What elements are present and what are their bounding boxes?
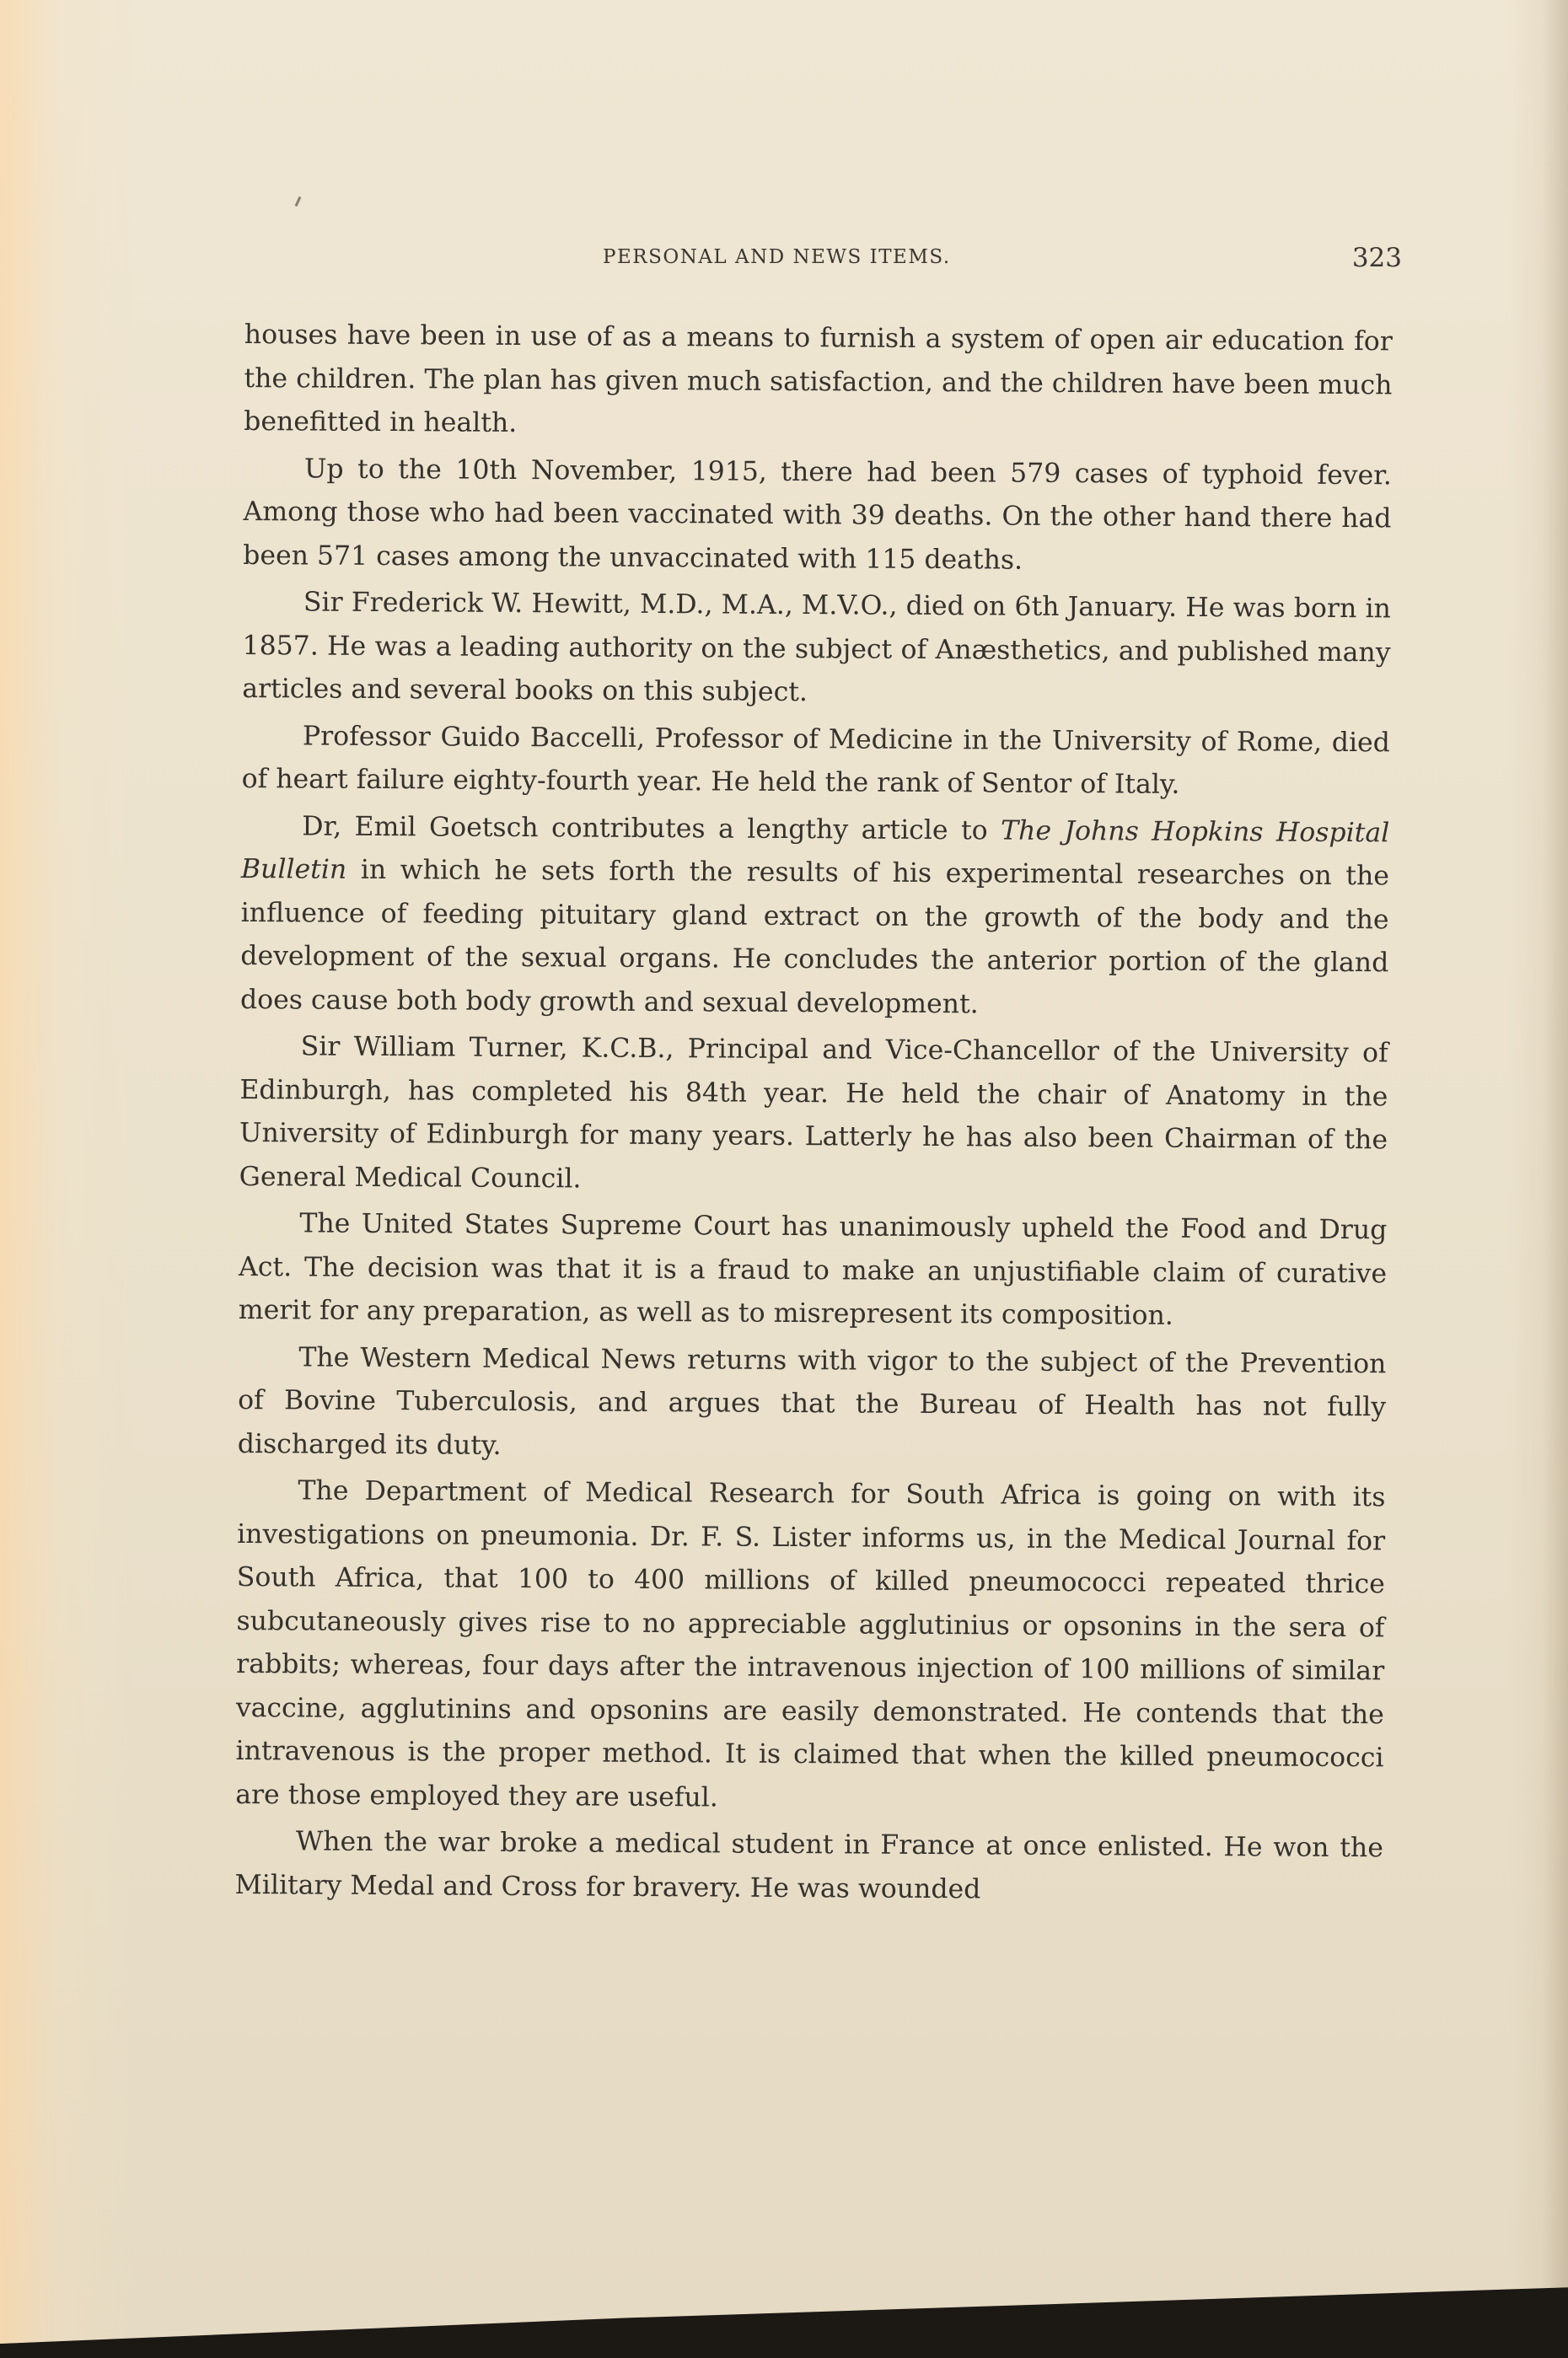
paragraph-goetsch-lead: Dr, Emil Goetsch contributes a lengthy a…: [302, 811, 1001, 846]
paragraph-open-air-education: houses have been in use of as a means to…: [244, 314, 1393, 451]
paragraph-typhoid-statistics: Up to the 10th November, 1915, there had…: [243, 447, 1392, 584]
book-page: PERSONAL AND NEWS ITEMS. 323 houses have…: [0, 0, 1568, 2344]
paragraph-pneumonia-research: The Department of Medical Research for S…: [235, 1469, 1385, 1824]
paragraph-hewitt-obituary: Sir Frederick W. Hewitt, M.D., M.A., M.V…: [242, 581, 1391, 718]
paragraph-baccelli-obituary: Professor Guido Baccelli, Professor of M…: [241, 714, 1390, 808]
running-header: PERSONAL AND NEWS ITEMS. 323: [244, 246, 1416, 280]
paragraph-goetsch-article: Dr, Emil Goetsch contributes a lengthy a…: [240, 804, 1390, 1029]
paragraph-food-drug-act: The United States Supreme Court has unan…: [239, 1202, 1388, 1340]
page-body: houses have been in use of as a means to…: [234, 314, 1393, 1917]
paragraph-goetsch-rest: in which he sets forth the results of hi…: [240, 855, 1389, 1019]
running-title: PERSONAL AND NEWS ITEMS.: [603, 246, 951, 268]
page-number: 323: [1352, 243, 1402, 273]
paragraph-turner-news: Sir William Turner, K.C.B., Principal an…: [239, 1025, 1388, 1206]
paragraph-bovine-tuberculosis: The Western Medical News returns with vi…: [238, 1335, 1387, 1473]
stray-ink-mark: [295, 196, 302, 207]
paragraph-medical-student-war: When the war broke a medical student in …: [234, 1820, 1383, 1914]
